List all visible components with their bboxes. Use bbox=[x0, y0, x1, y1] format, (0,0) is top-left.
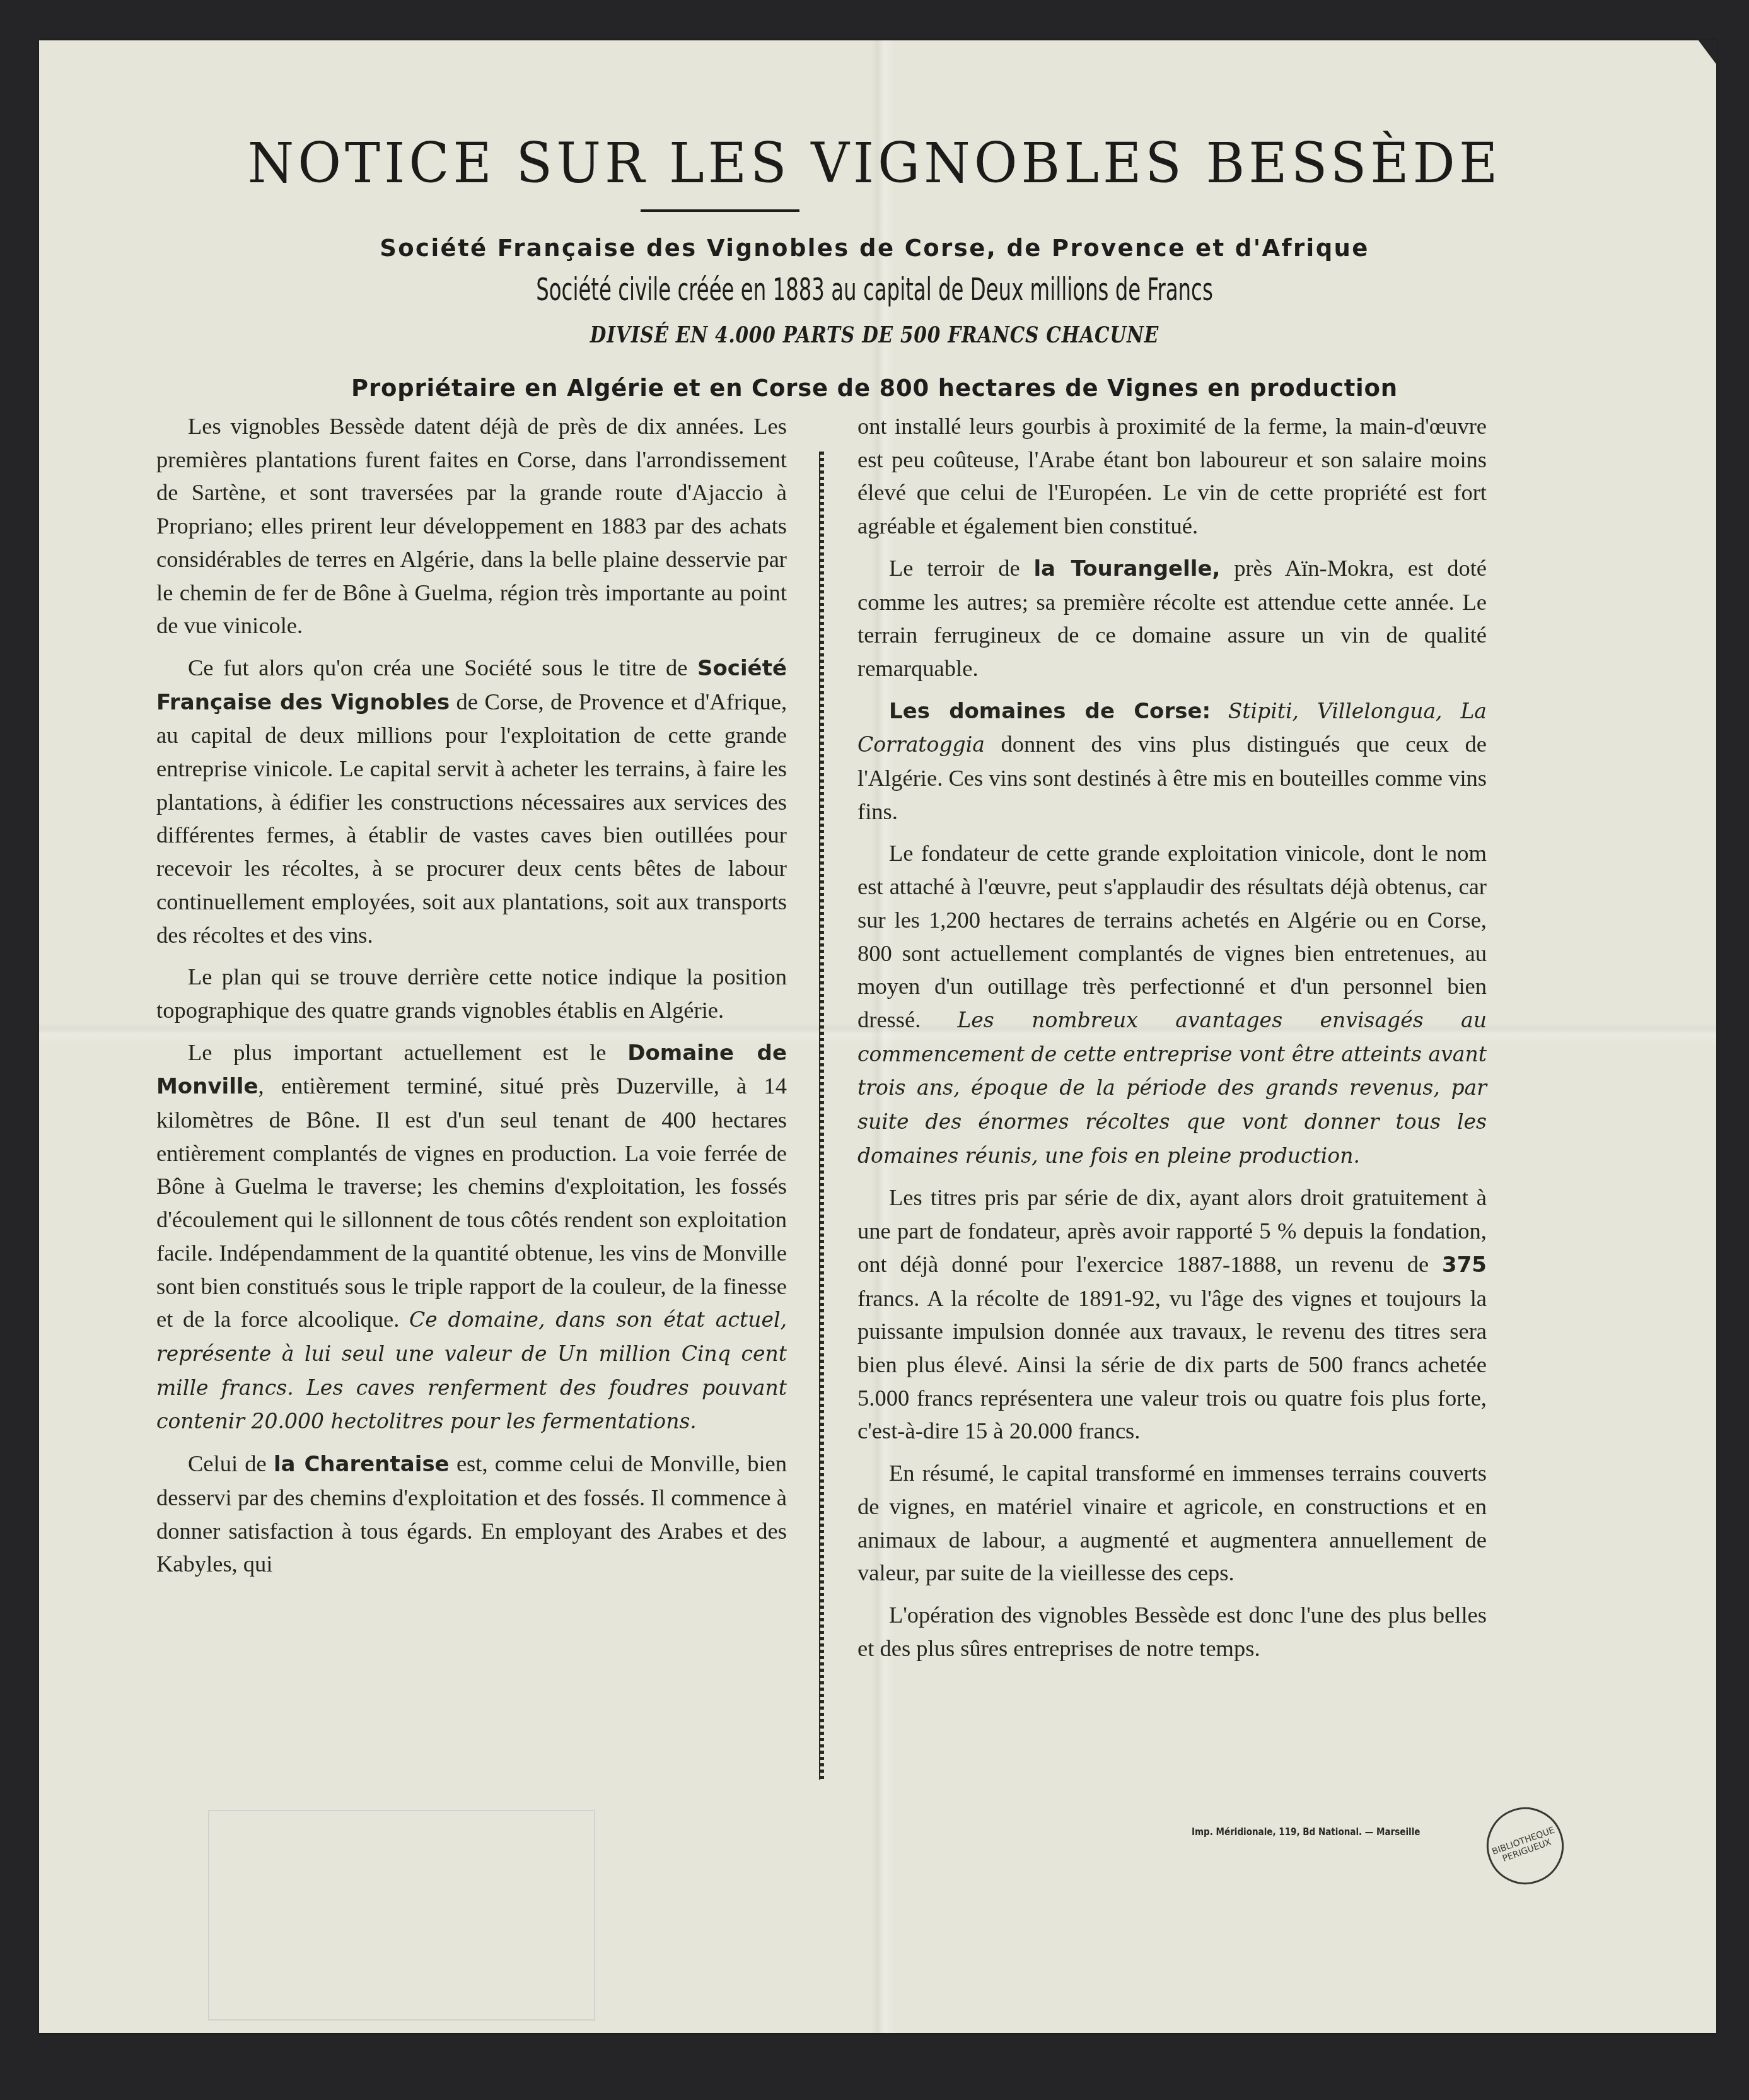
company-name: Société Française des Vignobles de Corse… bbox=[0, 235, 1749, 262]
paragraph: Le fondateur de cette grande exploitatio… bbox=[857, 837, 1487, 1172]
document-title: NOTICE SUR LES VIGNOBLES BESSÈDE bbox=[0, 131, 1749, 196]
paragraph: Les titres pris par série de dix, ayant … bbox=[857, 1181, 1487, 1448]
bold-term: la Tourangelle, bbox=[1033, 556, 1220, 581]
bold-term: Les domaines de Corse: bbox=[889, 699, 1211, 724]
paragraph: Les vignobles Bessède datent déjà de prè… bbox=[156, 410, 787, 643]
show-through-box bbox=[208, 1810, 595, 2021]
paragraph: Ce fut alors qu'on créa une Société sous… bbox=[156, 651, 787, 952]
paragraph: Le plan qui se trouve derrière cette not… bbox=[156, 960, 787, 1027]
printer-imprint: Imp. Méridionale, 119, Bd National. — Ma… bbox=[1192, 1826, 1420, 1838]
bold-term: la Charentaise bbox=[274, 1452, 450, 1477]
paragraph: Celui de la Charentaise est, comme celui… bbox=[156, 1447, 787, 1581]
property-line: Propriétaire en Algérie et en Corse de 8… bbox=[0, 375, 1749, 402]
right-column: ont installé leurs gourbis à proximité d… bbox=[857, 410, 1487, 1674]
italic-passage: Les nombreux avantages envisagés au comm… bbox=[857, 1008, 1487, 1168]
paragraph: ont installé leurs gourbis à proximité d… bbox=[857, 410, 1487, 543]
paragraph: Les domaines de Corse: Stipiti, Villelon… bbox=[857, 694, 1487, 829]
capital-line: Société civile créée en 1883 au capital … bbox=[245, 271, 1504, 308]
torn-corner bbox=[1698, 40, 1717, 65]
column-divider bbox=[819, 452, 824, 1780]
paragraph: Le plus important actuellement est le Do… bbox=[156, 1036, 787, 1438]
paragraph: En résumé, le capital transformé en imme… bbox=[857, 1457, 1487, 1590]
parts-line: DIVISÉ EN 4.000 PARTS DE 500 FRANCS CHAC… bbox=[158, 322, 1592, 348]
title-rule bbox=[641, 209, 799, 212]
left-column: Les vignobles Bessède datent déjà de prè… bbox=[156, 410, 787, 1590]
paragraph: L'opération des vignobles Bessède est do… bbox=[857, 1599, 1487, 1665]
paragraph: Le terroir de la Tourangelle, près Aïn-M… bbox=[857, 552, 1487, 685]
bold-term: 375 bbox=[1442, 1252, 1487, 1278]
